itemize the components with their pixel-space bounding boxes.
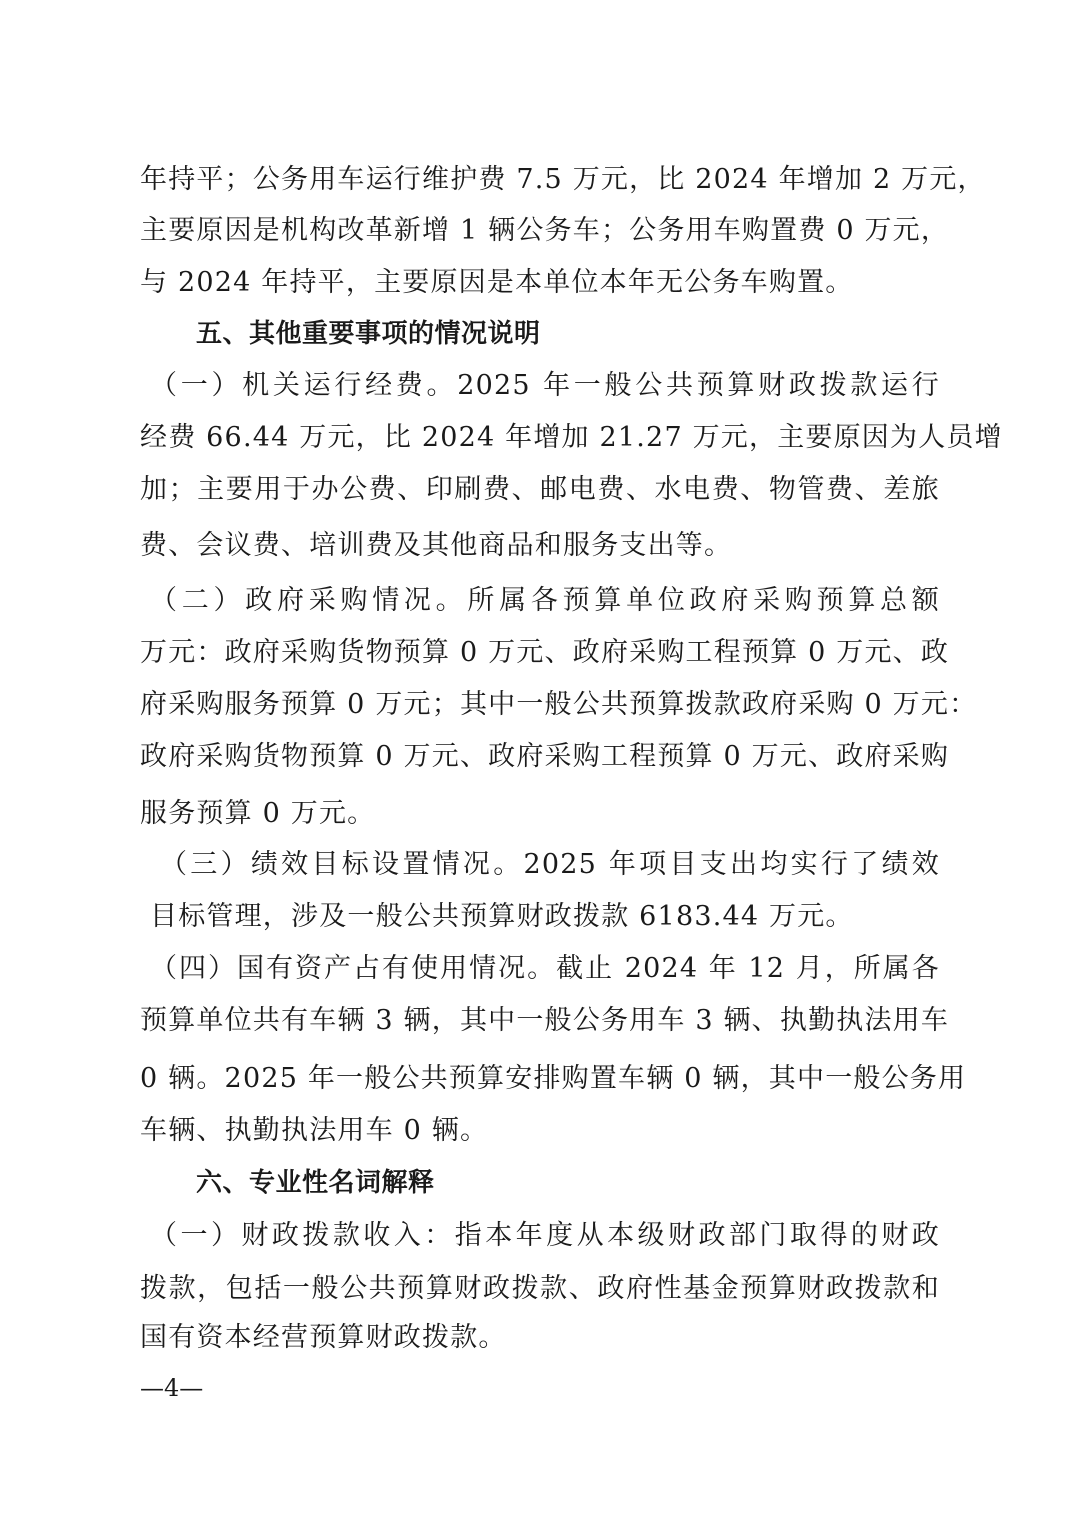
body-line: 拨款，包括一般公共预算财政拨款、政府性基金预算财政拨款和 — [140, 1271, 940, 1307]
body-line: 0 辆。2025 年一般公共预算安排购置车辆 0 辆，其中一般公务用 — [140, 1061, 940, 1097]
section-heading-5: 五、其他重要事项的情况说明 — [196, 316, 940, 352]
document-page: 年持平；公务用车运行维护费 7.5 万元，比 2024 年增加 2 万元， 主要… — [0, 0, 1074, 1520]
page-number: —4— — [140, 1372, 203, 1404]
body-line: 国有资本经营预算财政拨款。 — [140, 1320, 940, 1356]
section-heading-6: 六、专业性名词解释 — [196, 1165, 940, 1201]
paragraph-performance-targets: （三）绩效目标设置情况。2025 年项目支出均实行了绩效 — [160, 847, 940, 883]
body-line: 费、会议费、培训费及其他商品和服务支出等。 — [140, 528, 940, 564]
body-line: 车辆、执勤执法用车 0 辆。 — [140, 1113, 940, 1149]
body-line: 与 2024 年持平，主要原因是本单位本年无公务车购置。 — [140, 265, 940, 301]
body-line: 加；主要用于办公费、印刷费、邮电费、水电费、物管费、差旅 — [140, 472, 940, 508]
body-line: 目标管理，涉及一般公共预算财政拨款 6183.44 万元。 — [150, 899, 950, 935]
paragraph-operating-costs: （一）机关运行经费。2025 年一般公共预算财政拨款运行 — [150, 368, 940, 404]
body-line: 服务预算 0 万元。 — [140, 796, 940, 832]
body-line: 主要原因是机构改革新增 1 辆公务车；公务用车购置费 0 万元， — [140, 213, 940, 249]
body-line: 万元：政府采购货物预算 0 万元、政府采购工程预算 0 万元、政 — [140, 635, 940, 671]
body-line: 政府采购货物预算 0 万元、政府采购工程预算 0 万元、政府采购 — [140, 739, 940, 775]
paragraph-fiscal-appropriation: （一）财政拨款收入：指本年度从本级财政部门取得的财政 — [150, 1218, 940, 1254]
paragraph-state-assets: （四）国有资产占有使用情况。截止 2024 年 12 月，所属各 — [150, 951, 940, 987]
paragraph-procurement: （二）政府采购情况。所属各预算单位政府采购预算总额 — [150, 583, 940, 619]
body-line: 年持平；公务用车运行维护费 7.5 万元，比 2024 年增加 2 万元， — [140, 162, 940, 198]
body-line: 预算单位共有车辆 3 辆，其中一般公务用车 3 辆、执勤执法用车 — [140, 1003, 940, 1039]
body-line: 经费 66.44 万元，比 2024 年增加 21.27 万元，主要原因为人员增 — [140, 420, 940, 456]
body-line: 府采购服务预算 0 万元；其中一般公共预算拨款政府采购 0 万元： — [140, 687, 940, 723]
